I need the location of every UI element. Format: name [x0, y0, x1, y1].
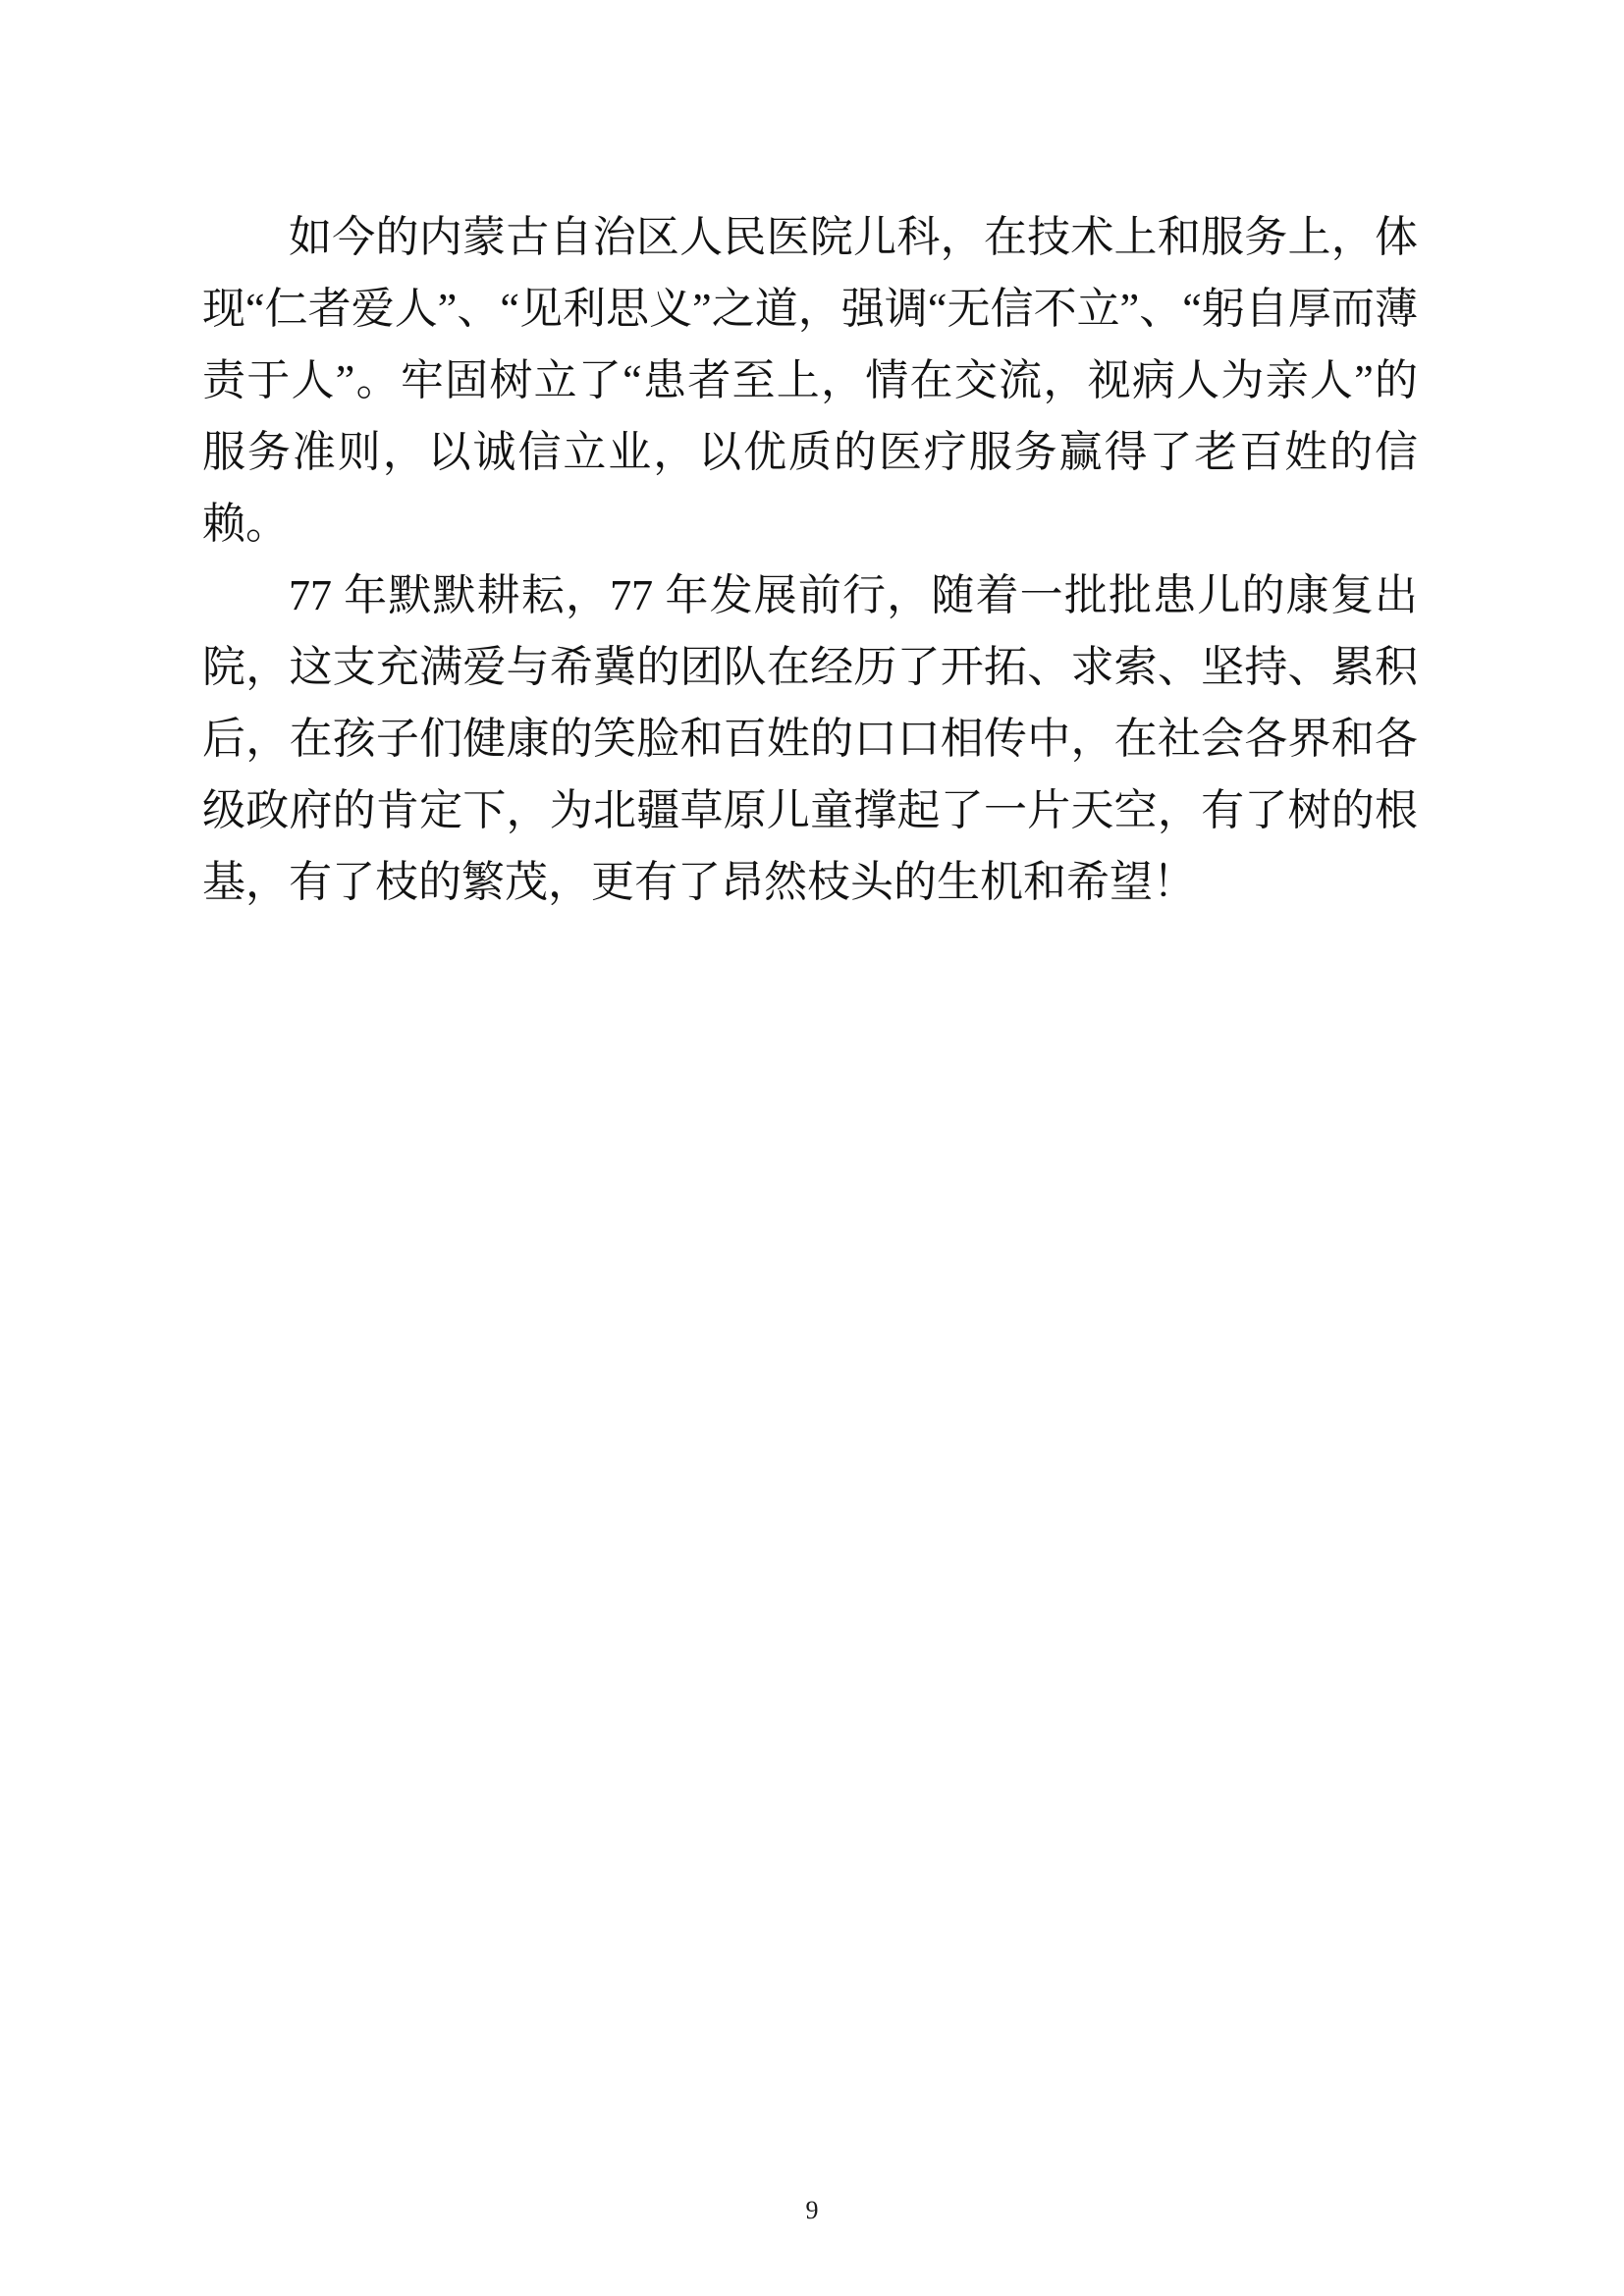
text-block: 如今的内蒙古自治区人民医院儿科，在技术上和服务上，体现“仁者爱人”、“见利思义”… — [202, 201, 1418, 918]
page-number: 9 — [806, 2196, 819, 2224]
body-paragraph: 如今的内蒙古自治区人民医院儿科，在技术上和服务上，体现“仁者爱人”、“见利思义”… — [202, 201, 1418, 560]
page-footer: 9 — [0, 2195, 1624, 2226]
document-page: 如今的内蒙古自治区人民医院儿科，在技术上和服务上，体现“仁者爱人”、“见利思义”… — [0, 0, 1624, 2296]
body-paragraph: 77 年默默耕耘，77 年发展前行，随着一批批患儿的康复出院，这支充满爱与希冀的… — [202, 560, 1418, 918]
